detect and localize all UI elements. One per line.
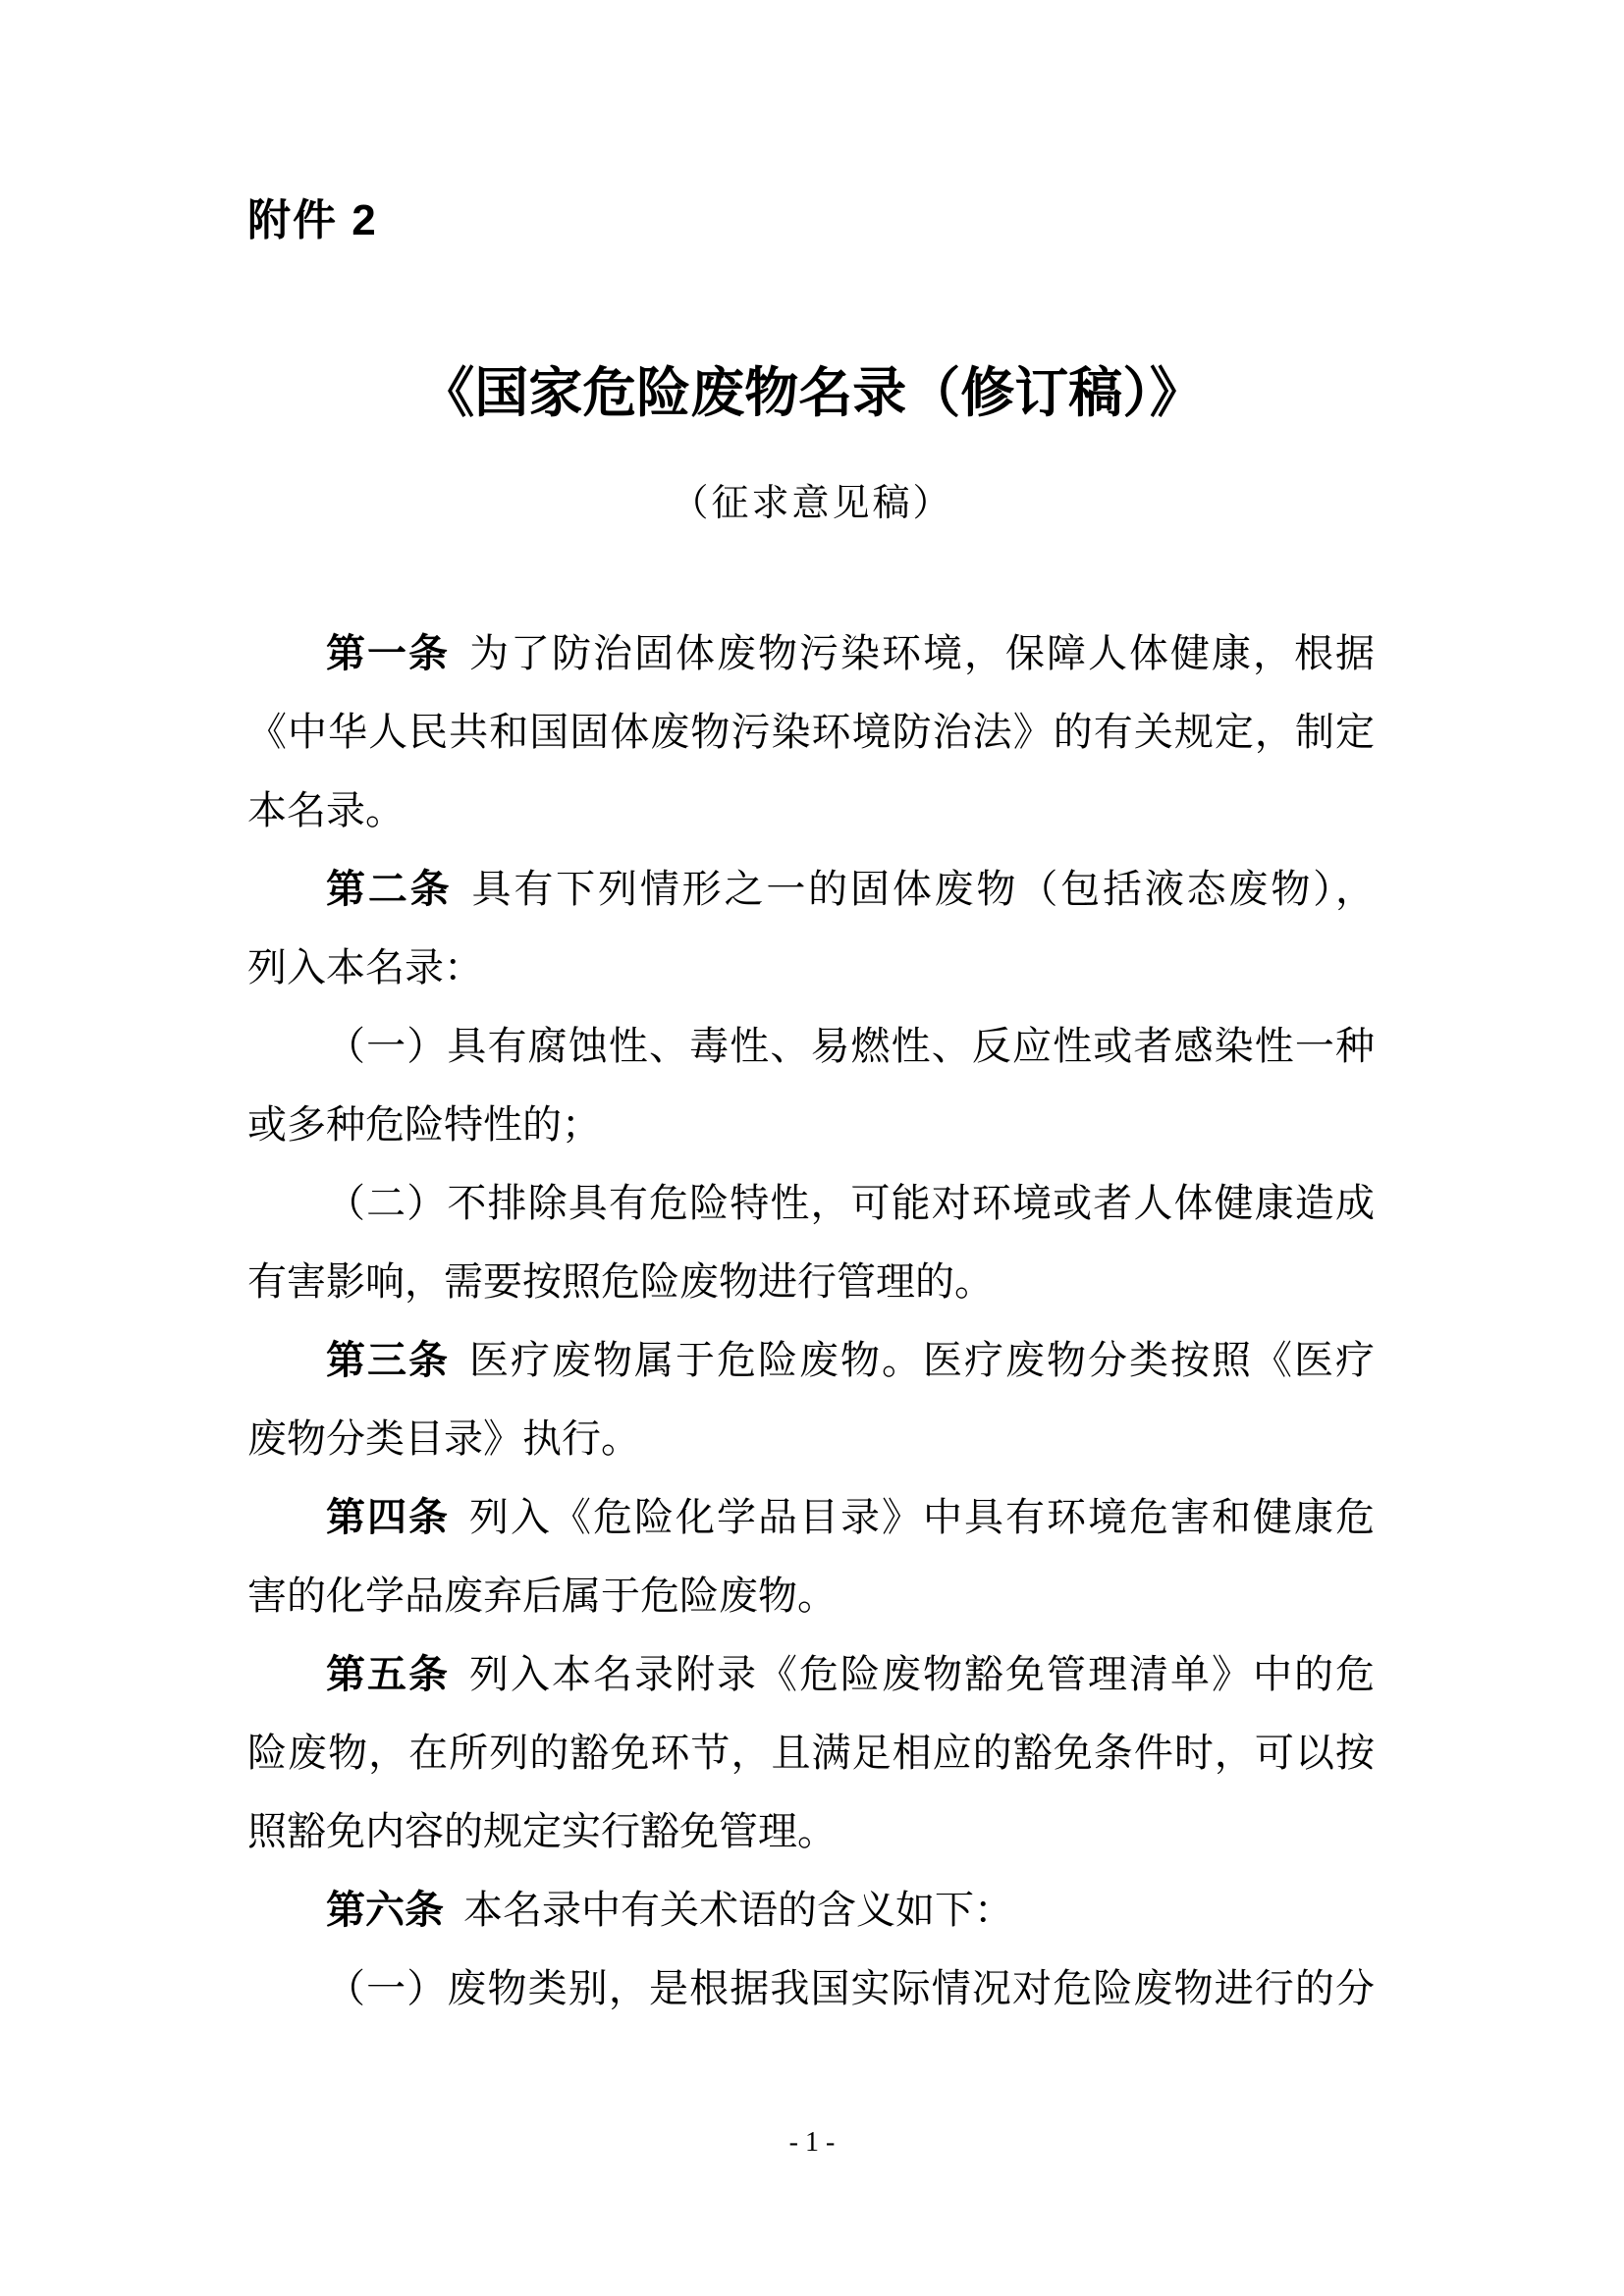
body-line: 列入本名录： — [247, 929, 1375, 1007]
body-line: 本名录。 — [247, 772, 1375, 850]
body-line: 第三条医疗废物属于危险废物。医疗废物分类按照《医疗 — [247, 1321, 1375, 1400]
body-line-text: 列入《危险化学品目录》中具有环境危害和健康危 — [469, 1495, 1375, 1539]
article-number: 第二条 — [326, 868, 453, 911]
body-line: 害的化学品废弃后属于危险废物。 — [247, 1557, 1375, 1635]
body-line-text: 列入本名录： — [247, 945, 483, 989]
body-line: 第四条列入《危险化学品目录》中具有环境危害和健康危 — [247, 1478, 1375, 1557]
document-body: 第一条为了防治固体废物污染环境，保障人体健康，根据 《中华人民共和国固体废物污染… — [247, 614, 1375, 2028]
body-line: 第五条列入本名录附录《危险废物豁免管理清单》中的危 — [247, 1635, 1375, 1714]
body-line: 有害影响，需要按照危险废物进行管理的。 — [247, 1243, 1375, 1321]
body-line-text: 本名录。 — [247, 788, 405, 832]
body-line-text: （一）废物类别，是根据我国实际情况对危险废物进行的分 — [326, 1966, 1375, 2010]
body-line: 或多种危险特性的； — [247, 1086, 1375, 1164]
body-line-text: 或多种危险特性的； — [247, 1102, 601, 1147]
document-title: 《国家危险废物名录（修订稿）》 — [0, 361, 1624, 424]
body-line: 第二条具有下列情形之一的固体废物（包括液态废物）， — [247, 850, 1375, 929]
attachment-label: 附件 2 — [247, 196, 378, 245]
body-line: （一）废物类别，是根据我国实际情况对危险废物进行的分 — [247, 1949, 1375, 2028]
article-number: 第六条 — [326, 1889, 444, 1932]
body-line: 废物分类目录》执行。 — [247, 1400, 1375, 1478]
article-number: 第一条 — [326, 632, 450, 675]
body-line-text: 本名录中有关术语的含义如下： — [463, 1888, 1013, 1932]
document-subtitle: （征求意见稿） — [0, 479, 1624, 528]
article-number: 第三条 — [326, 1339, 450, 1382]
body-line-text: 医疗废物属于危险废物。医疗废物分类按照《医疗 — [469, 1338, 1375, 1382]
body-line-text: （二）不排除具有危险特性，可能对环境或者人体健康造成 — [326, 1181, 1375, 1225]
body-line-text: 害的化学品废弃后属于危险废物。 — [247, 1574, 837, 1618]
body-line-text: 为了防治固体废物污染环境，保障人体健康，根据 — [469, 631, 1375, 675]
body-line: 第六条本名录中有关术语的含义如下： — [247, 1871, 1375, 1949]
body-line-text: 照豁免内容的规定实行豁免管理。 — [247, 1809, 837, 1853]
body-line: （二）不排除具有危险特性，可能对环境或者人体健康造成 — [247, 1164, 1375, 1243]
article-number: 第四条 — [326, 1496, 450, 1539]
body-line-text: （一）具有腐蚀性、毒性、易燃性、反应性或者感染性一种 — [326, 1024, 1375, 1068]
body-line: （一）具有腐蚀性、毒性、易燃性、反应性或者感染性一种 — [247, 1007, 1375, 1086]
document-page: 附件 2 《国家危险废物名录（修订稿）》 （征求意见稿） 第一条为了防治固体废物… — [0, 0, 1624, 2296]
body-line-text: 列入本名录附录《危险废物豁免管理清单》中的危 — [469, 1652, 1375, 1696]
body-line: 《中华人民共和国固体废物污染环境防治法》的有关规定，制定 — [247, 693, 1375, 772]
body-line: 险废物，在所列的豁免环节，且满足相应的豁免条件时，可以按 — [247, 1714, 1375, 1792]
body-line-text: 有害影响，需要按照危险废物进行管理的。 — [247, 1259, 994, 1304]
body-line-text: 废物分类目录》执行。 — [247, 1416, 640, 1461]
body-line: 第一条为了防治固体废物污染环境，保障人体健康，根据 — [247, 614, 1375, 693]
body-line-text: 险废物，在所列的豁免环节，且满足相应的豁免条件时，可以按 — [247, 1731, 1375, 1775]
body-line: 照豁免内容的规定实行豁免管理。 — [247, 1792, 1375, 1871]
article-number: 第五条 — [326, 1653, 450, 1696]
body-line-text: 具有下列情形之一的固体废物（包括液态废物）， — [472, 867, 1376, 911]
body-line-text: 《中华人民共和国固体废物污染环境防治法》的有关规定，制定 — [247, 710, 1375, 754]
page-number: - 1 - — [0, 2126, 1624, 2160]
